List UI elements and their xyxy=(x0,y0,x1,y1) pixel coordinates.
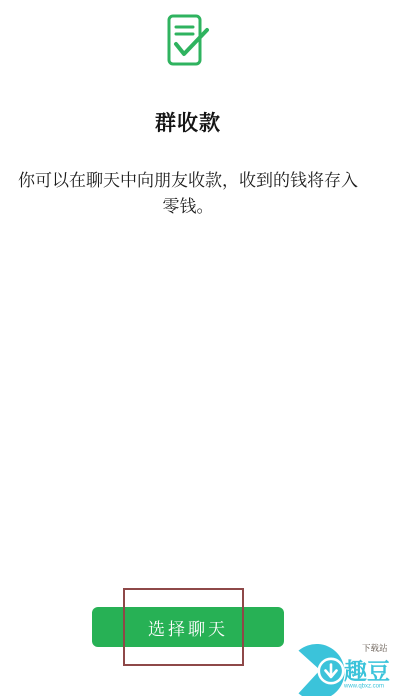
watermark-url: www.qbxz.com xyxy=(343,684,384,690)
download-arrow-bean-logo xyxy=(299,644,345,696)
receipt-check-icon xyxy=(166,13,210,72)
watermark-logo: 下载站 趣豆 www.qbxz.com xyxy=(284,636,400,696)
select-chat-button-label: 选择聊天 xyxy=(148,615,228,640)
page-description: 你可以在聊天中向朋友收款，收到的钱将存入零钱。 xyxy=(18,168,358,220)
main-content: 群收款 你可以在聊天中向朋友收款，收到的钱将存入零钱。 xyxy=(0,0,376,220)
watermark-tagline: 下载站 xyxy=(362,643,388,653)
page-title: 群收款 xyxy=(0,113,376,135)
select-chat-button[interactable]: 选择聊天 xyxy=(92,607,284,647)
group-payment-screen: 群收款 你可以在聊天中向朋友收款，收到的钱将存入零钱。 选择聊天 下载站 趣豆 … xyxy=(0,0,400,696)
watermark-brand: 趣豆 xyxy=(344,658,390,684)
